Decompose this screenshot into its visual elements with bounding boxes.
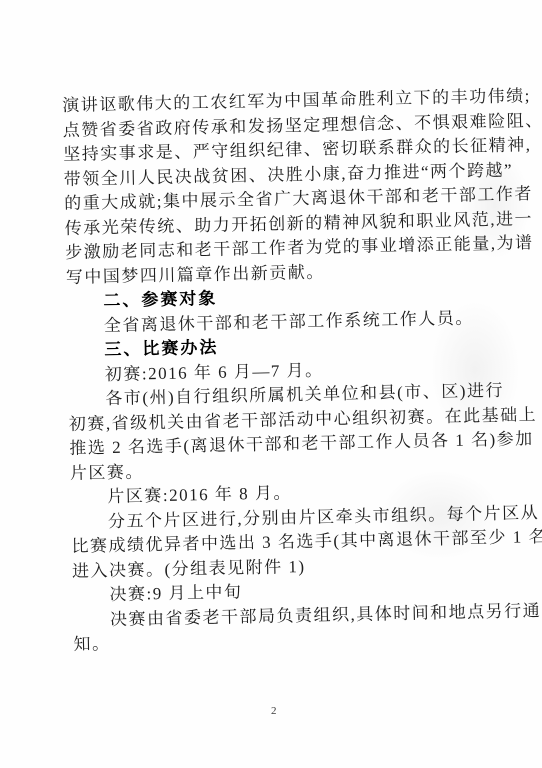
document-page: 演讲讴歌伟大的工农红军为中国革命胜利立下的丰功伟绩; 点赞省委省政府传承和发扬坚… (0, 0, 542, 768)
document-body: 演讲讴歌伟大的工农红军为中国革命胜利立下的丰功伟绩; 点赞省委省政府传承和发扬坚… (62, 84, 542, 657)
page-number: 2 (271, 705, 277, 717)
